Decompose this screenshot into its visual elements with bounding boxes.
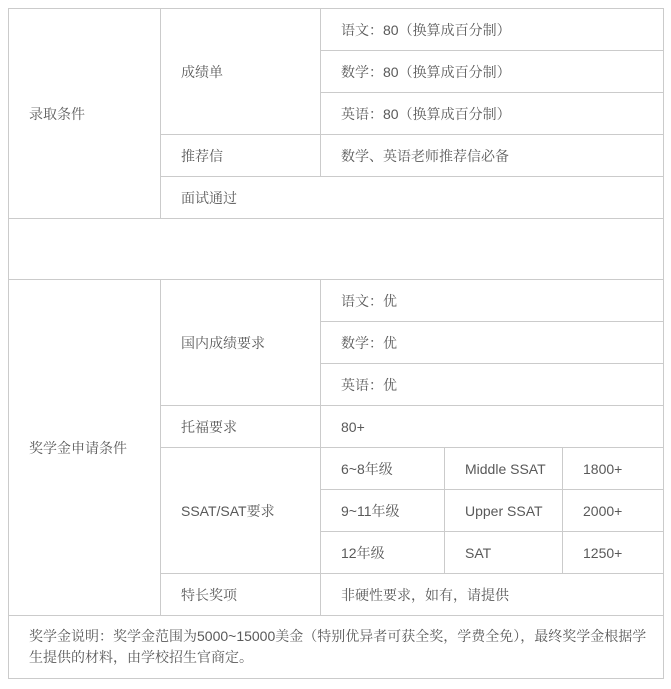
ssat-test-cell: Middle SSAT [445,448,563,490]
ssat-grade-cell: 9~11年级 [321,490,445,532]
spacer-cell [9,219,664,280]
transcript-label: 成绩单 [161,9,321,135]
row-transcript-chinese: 录取条件 成绩单 语文：80（换算成百分制） [9,9,664,51]
page: 录取条件 成绩单 语文：80（换算成百分制） 数学：80（换算成百分制） 英语：… [0,0,671,688]
domestic-english-value: 英语：优 [321,364,664,406]
talent-value: 非硬性要求，如有，请提供 [321,574,664,616]
ssat-grade-cell: 12年级 [321,532,445,574]
toefl-value: 80+ [321,406,664,448]
ssat-sat-label: SSAT/SAT要求 [161,448,321,574]
recommendation-value: 数学、英语老师推荐信必备 [321,135,664,177]
row-domestic-chinese: 奖学金申请条件 国内成绩要求 语文：优 [9,280,664,322]
admission-section-label: 录取条件 [9,9,161,219]
scholarship-note-row: 奖学金说明：奖学金范围为5000~15000美金（特别优异者可获全奖，学费全免）… [9,616,664,679]
ssat-score-cell: 1800+ [563,448,664,490]
scholarship-section-label: 奖学金申请条件 [9,280,161,616]
transcript-chinese-value: 语文：80（换算成百分制） [321,9,664,51]
transcript-english-value: 英语：80（换算成百分制） [321,93,664,135]
ssat-grade-cell: 6~8年级 [321,448,445,490]
ssat-score-cell: 1250+ [563,532,664,574]
talent-label: 特长奖项 [161,574,321,616]
transcript-math-value: 数学：80（换算成百分制） [321,51,664,93]
domestic-chinese-value: 语文：优 [321,280,664,322]
requirements-table: 录取条件 成绩单 语文：80（换算成百分制） 数学：80（换算成百分制） 英语：… [8,8,664,679]
ssat-score-cell: 2000+ [563,490,664,532]
recommendation-label: 推荐信 [161,135,321,177]
ssat-test-cell: Upper SSAT [445,490,563,532]
ssat-test-cell: SAT [445,532,563,574]
toefl-label: 托福要求 [161,406,321,448]
spacer-row [9,219,664,280]
scholarship-note: 奖学金说明：奖学金范围为5000~15000美金（特别优异者可获全奖，学费全免）… [9,616,664,679]
interview-label: 面试通过 [161,177,664,219]
domestic-grades-label: 国内成绩要求 [161,280,321,406]
domestic-math-value: 数学：优 [321,322,664,364]
